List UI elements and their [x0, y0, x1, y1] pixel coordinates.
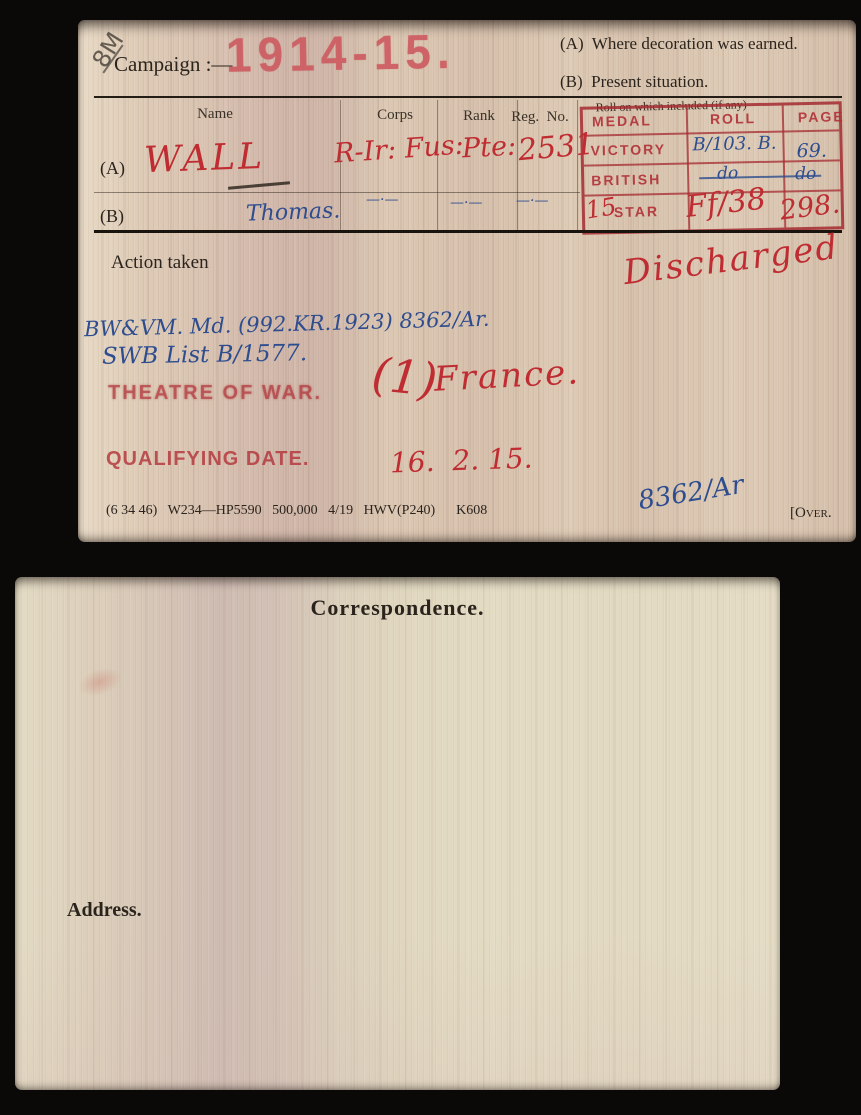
situation-note: (B) Present situation. — [560, 72, 708, 92]
ditto-mark-rank: —·— — [450, 195, 482, 211]
theatre-of-war-stamp: THEATRE OF WAR. — [108, 382, 322, 405]
medal-row-victory: VICTORY — [590, 141, 666, 159]
correspondence-title: Correspondence. — [15, 595, 780, 621]
victory-page-value: 69. — [796, 140, 827, 163]
medal-roll-table: Roll on which included (if any) MEDAL RO… — [580, 101, 845, 234]
campaign-stamp: 1914-15. — [226, 23, 457, 84]
reference-number: 8362/Ar — [636, 470, 746, 516]
qualifying-date-stamp: QUALIFYING DATE. — [106, 448, 309, 471]
medal-table-header-medal: MEDAL — [592, 112, 652, 129]
decoration-note: (A) Where decoration was earned. — [560, 34, 798, 54]
medal-index-card-back: Correspondence. Address. — [15, 577, 780, 1090]
medal-table-header-page: PAGE — [798, 108, 845, 125]
medal-row-british: BRITISH — [591, 171, 661, 188]
medal-table-header-roll: ROLL — [710, 110, 756, 127]
column-header-corps: Corps — [377, 107, 413, 124]
qualifying-date-value: 16. 2. 15. — [389, 442, 533, 480]
print-code: (6 34 46) W234—HP5590 500,000 4/19 HWV(P… — [106, 503, 487, 519]
section-rule — [94, 230, 842, 233]
red-smudge — [74, 663, 126, 702]
column-divider — [517, 100, 518, 230]
column-header-reg-no: Reg. No. — [511, 109, 569, 126]
column-divider — [437, 100, 438, 230]
corps-value: R-Ir: Fus: — [333, 130, 465, 170]
reg-no-value: 2531 — [517, 127, 596, 169]
column-header-rank: Rank — [463, 108, 495, 125]
ditto-mark-reg-no: —·— — [516, 193, 548, 209]
column-divider — [577, 100, 578, 230]
theatre-of-war-number: (1) — [369, 347, 439, 408]
action-taken-value: Discharged — [621, 227, 841, 293]
over-label: [Over. — [790, 505, 832, 522]
medal-index-card-front: 8M Campaign :— 1914-15. (A) Where decora… — [78, 20, 856, 542]
column-header-name: Name — [197, 106, 233, 123]
victory-roll-value: B/103. B. — [692, 133, 776, 156]
rank-value: Pte: — [461, 131, 517, 165]
surname-value: WALL — [143, 136, 265, 181]
address-label: Address. — [67, 899, 142, 922]
action-taken-label: Action taken — [111, 252, 209, 274]
forename-value: Thomas. — [246, 198, 341, 226]
surname-underline — [228, 181, 290, 189]
theatre-of-war-value: France. — [433, 352, 581, 400]
ditto-mark-corps: —·— — [366, 192, 398, 208]
remarks-line-1: BW&VM. Md. (992.KR.1923) 8362/Ar. — [84, 307, 490, 342]
campaign-label: Campaign :— — [114, 52, 232, 77]
remarks-line-2: SWB List B/1577. — [102, 340, 308, 370]
british-roll-value: do — [717, 163, 739, 183]
row-divider — [94, 192, 580, 193]
row-b-label: (B) — [100, 206, 124, 227]
medal-row-star: STAR — [614, 203, 659, 220]
row-a-label: (A) — [100, 158, 125, 179]
